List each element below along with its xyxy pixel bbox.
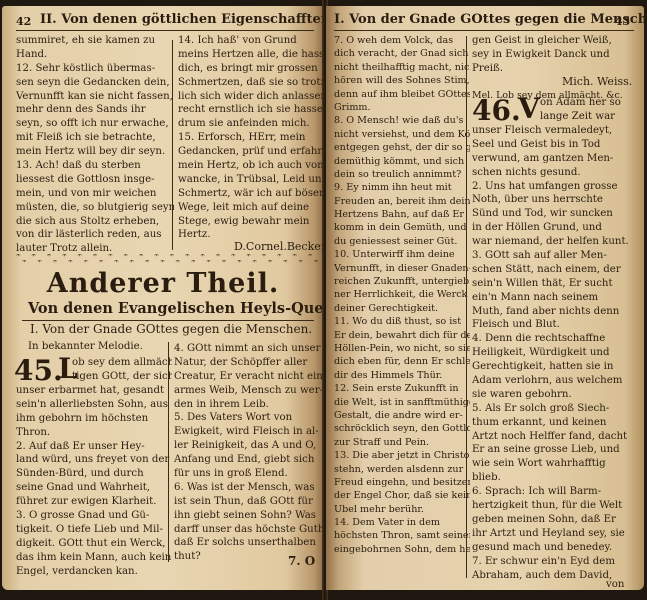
left-bottom-col-1: unser erbarmet hat, gesandt sein'n aller… [16, 384, 172, 578]
column-rule [168, 342, 169, 562]
text-line: wancke, in Trübsal, Leid und [178, 173, 324, 187]
text-line: unser Fleisch vermaledeyt, [472, 124, 640, 138]
text-line: Schmertzen, daß sie so trotzig- [178, 76, 324, 90]
left-running-title: II. Von denen göttlichen Eigenschafften. [40, 12, 324, 27]
text-line: sen seyn die Gedancken dein, [16, 76, 174, 90]
text-line: recht ernstlich ich sie hasse, [178, 103, 324, 117]
catchword: von [606, 578, 644, 590]
text-line: Gerechtigkeit, hatten sie in [472, 360, 640, 374]
text-line: 11. Wo du diß thust, so ist [334, 315, 470, 328]
text-line: Er dein, bewahrt dich für der [334, 329, 470, 342]
text-line: gesund mach und benedey. [472, 541, 640, 555]
text-line: nicht theilhafftig macht, nicht [334, 61, 470, 74]
ornament-row: * * * * * * * * * * * * * * * * * * * * … [22, 260, 318, 267]
divider [22, 320, 314, 321]
part-subtitle: Von denen Evangelischen Heyls-Quellen. [28, 300, 324, 317]
text-line: mit Fleiß ich sie betrachte, [16, 131, 174, 145]
text-line: 14. Ich haß' von Grund [178, 34, 324, 48]
text-line: Schmertz, wär ich auf bösem [178, 187, 324, 201]
text-line: 5. Als Er solch groß Siech- [472, 402, 640, 416]
text-line: für uns in groß Elend. [174, 467, 324, 481]
text-line: zur Straff und Pein. [334, 436, 470, 449]
text-line: Gedancken, prüf und erfahr [178, 145, 324, 159]
text-line: wie sein Wort wahrhafftig [472, 457, 640, 471]
text-line: darff unser das höchste Guth, [174, 523, 324, 537]
left-top-col-2: 14. Ich haß' von Grund meins Hertzen all… [178, 34, 324, 242]
text-line: in der Höllen Grund, und [472, 221, 640, 235]
text-line: mein Hertz, ob ich auch von dir [178, 159, 324, 173]
text-line: stehn, werden alsdenn zur [334, 463, 470, 476]
book-spread: 42 II. Von denen göttlichen Eigenschafft… [0, 0, 647, 600]
text-line: ihm gebohrn im höchsten [16, 412, 172, 426]
part-title: Anderer Theil. [2, 268, 324, 299]
text-line: Adam verlohrn, aus welchem [472, 374, 640, 388]
text-line: lich sich wider dich anlassen, [178, 90, 324, 104]
text-line: blieb. [472, 471, 640, 485]
text-line: Er an seine grosse Lieb, und [472, 443, 640, 457]
text-line: Vernunfft kan sie nicht fassen, [16, 90, 174, 104]
left-bottom-col-2: 4. GOtt nimmt an sich unser Natur, der S… [174, 342, 324, 564]
text-line: liessest die Gottlosn insge- [16, 173, 174, 187]
text-line: dich eben für, denn Er schleußt [334, 355, 470, 368]
text-line: Sünden-Bürd, und durch [16, 467, 172, 481]
text-line: hören will des Sohnes Stim, [334, 74, 470, 87]
text-line: Creatur, Er veracht nicht ein [174, 370, 324, 384]
text-line: dir des Himmels Thür. [334, 369, 470, 382]
text-line: Wege, leit mich auf deine [178, 201, 324, 215]
text-line: 10. Unterwirff ihm deine [334, 248, 470, 261]
text-line: Höllen-Pein, wo nicht, so sieh [334, 342, 470, 355]
text-line: ihn giebt seinen Sohn? Was [174, 509, 324, 523]
text-line: 2. Auf daß Er unser Hey- [16, 440, 172, 454]
text-line: 9. Ey nimm ihn heut mit [334, 181, 470, 194]
text-line: Preiß. [472, 62, 640, 76]
text-line: Engel, verdancken kan. [16, 565, 172, 579]
text-line: Freud eingehn, und besitzen [334, 476, 470, 489]
text-line: Gestalt, die andre wird er- [334, 409, 470, 422]
text-line: Fleisch und Blut. [472, 318, 640, 332]
text-line: müsten, die, so blutgierig seyn, [16, 201, 174, 215]
text-line: 12. Sein erste Zukunfft in [334, 382, 470, 395]
text-line: 8. O Mensch! wie daß du's [334, 114, 470, 127]
text-line: demüthig kömmt, und sich [334, 155, 470, 168]
text-line: Sünd und Tod, wir suncken [472, 207, 640, 221]
text-line: Grimm. [334, 101, 470, 114]
text-line: die Welt, ist in sanfftmüthiger [334, 396, 470, 409]
text-line: 7. O weh dem Volck, das [334, 34, 470, 47]
hymn-45-first: ob sey dem allmäch- tigen GOtt, der sich [72, 356, 172, 384]
left-page-number: 42 [16, 15, 31, 28]
text-line: reichen Zukunfft, untergieb sei- [334, 275, 470, 288]
text-line: 4. Denn die rechtschaffne [472, 332, 640, 346]
text-line: dein so treulich annimmt? [334, 168, 470, 181]
text-line: schröcklich seyn, den Gottlosen [334, 422, 470, 435]
text-line: 13. Ach! daß du sterben [16, 159, 174, 173]
text-line: führet zur ewigen Klarheit. [16, 495, 172, 509]
column-rule [172, 40, 173, 250]
text-line: die sich aus Stoltz erheben, [16, 215, 174, 229]
text-line: ein'n Mann nach seinem [472, 291, 640, 305]
text-line: Muth, fand aber nichts denn [472, 305, 640, 319]
right-col-1: 7. O weh dem Volck, das dich veracht, de… [334, 34, 470, 556]
text-line: on Adam her so [540, 96, 640, 110]
text-line: 13. Die aber jetzt in Christo [334, 449, 470, 462]
text-line: 7. Er schwur ein'n Eyd dem [472, 555, 640, 569]
hymn-46-first: on Adam her so lange Zeit war [540, 96, 640, 124]
text-line: seyn, so offt ich nur erwache, [16, 117, 174, 131]
text-line: von [606, 578, 644, 590]
right-page-number: 43 [615, 15, 630, 28]
text-line: dich veracht, der Gnad sich [334, 47, 470, 60]
text-line: gen Geist in gleicher Weiß, [472, 34, 640, 48]
text-line: Heiligkeit, Würdigkeit und [472, 346, 640, 360]
text-line: Vernunfft, in dieser Gnaden- [334, 262, 470, 275]
text-line: eingebohrnen Sohn, dem heil- [334, 543, 470, 556]
text-line: tigkeit. O tiefe Lieb und Mil- [16, 523, 172, 537]
text-line: der Engel Chor, daß sie kein [334, 489, 470, 502]
text-line: Ewigkeit, wird Fleisch in al- [174, 425, 324, 439]
text-line: 12. Sehr köstlich übermas- [16, 62, 174, 76]
text-line: sey in Ewigkeit Danck und [472, 48, 640, 62]
text-line: entgegen gehst, der dir so gar [334, 141, 470, 154]
text-line: daß Er solchs unserthalben [174, 536, 324, 550]
right-col-2-top: gen Geist in gleicher Weiß, sey in Ewigk… [472, 34, 640, 76]
text-line: 4. GOtt nimmt an sich unser [174, 342, 324, 356]
text-line: ist sein Thun, daß GOtt für [174, 495, 324, 509]
column-rule [466, 36, 467, 578]
text-line: seine Gnad und Wahrheit, [16, 481, 172, 495]
text-line: digkeit. GOtt thut ein Werck, [16, 537, 172, 551]
text-line: hertzigkeit thun, für die Welt [472, 499, 640, 513]
text-line: In bekannter Melodie. [28, 340, 168, 354]
text-line: Thron. [16, 426, 172, 440]
text-line: 5. Des Vaters Wort von [174, 411, 324, 425]
text-line: ner Herrlichkeit, die Werck [334, 288, 470, 301]
text-line: unser erbarmet hat, gesandt [16, 384, 172, 398]
text-line: ler Reinigkeit, das A und O, [174, 439, 324, 453]
right-col-2-bottom: unser Fleisch vermaledeyt, Seel und Geis… [472, 124, 640, 582]
text-line: land würd, uns freyet von der [16, 453, 172, 467]
text-line: meins Hertzen alle, die hassen [178, 48, 324, 62]
text-line: Freuden an, bereit ihm deines [334, 195, 470, 208]
text-line: schen nichts gesund. [472, 166, 640, 180]
hymn-number: 46. [472, 94, 521, 127]
melody-note: In bekannter Melodie. [28, 340, 168, 354]
right-page: I. Von der Gnade GOttes gegen die Mensch… [326, 6, 644, 590]
hymn-author: D.Cornel.Becker. [234, 240, 324, 253]
text-line: ob sey dem allmäch- [72, 356, 172, 370]
text-line: 6. Sprach: Ich will Barm- [472, 485, 640, 499]
text-line: 3. GOtt sah auf aller Men- [472, 249, 640, 263]
left-page: 42 II. Von denen göttlichen Eigenschafft… [2, 6, 324, 590]
text-line: Stege, ewig bewahr mein [178, 215, 324, 229]
text-line: mein, und von mir weichen [16, 187, 174, 201]
text-line: geben meinen Sohn, daß Er [472, 513, 640, 527]
catchword: 7. O [288, 554, 315, 568]
text-line: summiret, eh sie kamen zu [16, 34, 174, 48]
text-line: war niemand, der helfen kunt. [472, 235, 640, 249]
text-line: mein Hertz will bey dir seyn. [16, 145, 174, 159]
text-line: 3. O grosse Gnad und Gü- [16, 509, 172, 523]
text-line: Noth, über uns herrschte [472, 193, 640, 207]
text-line: Ubel mehr berühr. [334, 503, 470, 516]
text-line: 15. Erforsch, HErr, mein [178, 131, 324, 145]
right-running-title: I. Von der Gnade GOttes gegen die Mensch… [334, 12, 644, 27]
text-line: 2. Uns hat umfangen grosse [472, 180, 640, 194]
text-line: dich, es bringt mir grossen [178, 62, 324, 76]
left-top-col-1: summiret, eh sie kamen zu Hand. 12. Sehr… [16, 34, 174, 256]
text-line: von dir lästerlich reden, aus [16, 228, 174, 242]
text-line: Artzt noch Helffer fand, dacht [472, 430, 640, 444]
section-heading: I. Von der Gnade GOttes gegen die Mensch… [30, 322, 312, 336]
text-line: lange Zeit war [540, 110, 640, 124]
text-line: deiner Gerechtigkeit. [334, 302, 470, 315]
text-line: komm in dein Gemüth, und [334, 221, 470, 234]
text-line: Hand. [16, 48, 174, 62]
text-line: schen Stätt, nach einem, der [472, 263, 640, 277]
text-line: den in ihrem Leib. [174, 398, 324, 412]
left-running-head: 42 II. Von denen göttlichen Eigenschafft… [16, 12, 314, 31]
text-line: mehr denn des Sands ihr [16, 103, 174, 117]
text-line: sein'n allerliebsten Sohn, aus [16, 398, 172, 412]
text-line: thum erkannt, und keinen [472, 416, 640, 430]
text-line: armes Weib, Mensch zu wer- [174, 384, 324, 398]
text-line: 6. Was ist der Mensch, was [174, 481, 324, 495]
text-line: Natur, der Schöpffer aller [174, 356, 324, 370]
text-line: sein'n Willen thät, Er sucht [472, 277, 640, 291]
text-line: tigen GOtt, der sich [72, 370, 172, 384]
text-line: sie waren gebohrn. [472, 388, 640, 402]
text-line: das ihm kein Mann, auch kein [16, 551, 172, 565]
text-line: verwund, am gantzen Men- [472, 152, 640, 166]
text-line: höchsten Thron, samt seinem [334, 529, 470, 542]
text-line: Hertzens Bahn, auf daß Er [334, 208, 470, 221]
hymn-initial: V [518, 92, 540, 125]
text-line: nicht versiehst, und dem König [334, 128, 470, 141]
hymn-number: 45. [14, 354, 63, 387]
text-line: denn auf ihm bleibet GOttes [334, 88, 470, 101]
text-line: Anfang und End, giebt sich [174, 453, 324, 467]
text-line: 14. Dem Vater in dem [334, 516, 470, 529]
text-line: drum sie anfeinden mich. [178, 117, 324, 131]
text-line: Seel und Geist bis in Tod [472, 138, 640, 152]
right-running-head: I. Von der Gnade GOttes gegen die Mensch… [334, 12, 634, 31]
text-line: du geniessest seiner Güt. [334, 235, 470, 248]
text-line: ihr Artzt und Heyland sey, sie [472, 527, 640, 541]
